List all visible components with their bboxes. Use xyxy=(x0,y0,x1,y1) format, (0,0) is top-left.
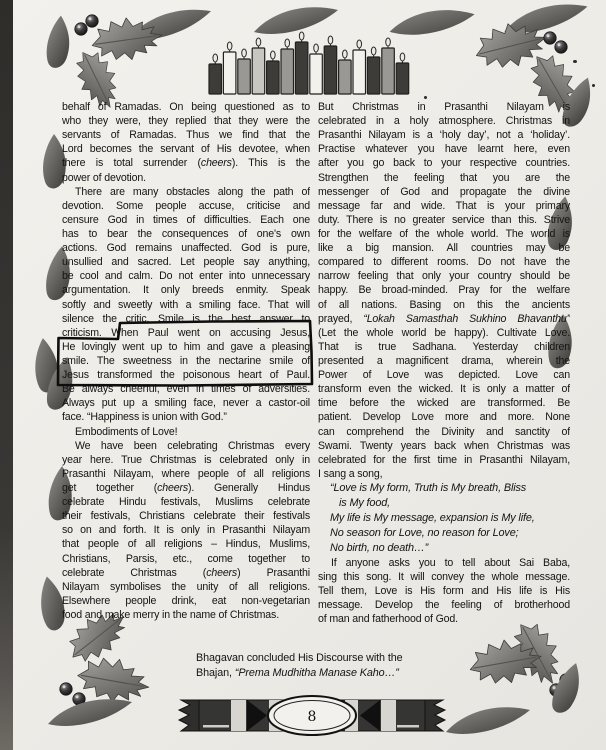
text-line: My life is My message, expansion is My l… xyxy=(318,511,570,526)
text-line: Power of Love was depicted. Love can xyxy=(318,368,570,382)
flame-icon xyxy=(227,42,232,50)
text-line: food and make merry in the name of Chris… xyxy=(62,608,310,622)
text-line: narrow feeling that only your country sh… xyxy=(318,269,570,283)
text-line: But Christmas in Prasanthi Nilayam is xyxy=(318,100,570,114)
candle-icon xyxy=(353,50,366,94)
text-line: behalf of Ramadas. On being questioned a… xyxy=(62,100,310,114)
berry-icon xyxy=(75,23,87,35)
flame-icon xyxy=(328,36,333,44)
text-line: after you go back to your respective cou… xyxy=(318,156,570,170)
candle-icon xyxy=(223,52,236,94)
text-line: If anyone asks you to tell about Sai Bab… xyxy=(318,556,570,570)
text-line: message. Develop the feeling of brotherh… xyxy=(318,598,570,612)
scan-speck xyxy=(424,96,427,99)
text-line: can comprehend the Divinity and sanctity… xyxy=(318,425,570,439)
flame-icon xyxy=(343,50,348,58)
candle-icon xyxy=(382,48,395,94)
text-line: face. “Happiness is union with God.” xyxy=(62,410,310,424)
scanned-document-page: behalf of Ramadas. On being questioned a… xyxy=(0,0,606,750)
scan-edge-strip xyxy=(0,0,13,750)
text-line: argumentation. It only breeds enmity. Sp… xyxy=(62,283,310,297)
text-line: Prasanthi Nilayam is a ‘holy day’, not a… xyxy=(318,128,570,142)
candle-icon xyxy=(396,63,409,94)
text-line: presented a magnificent drama, wherein t… xyxy=(318,354,570,368)
text-line: No birth, no death…” xyxy=(318,541,570,556)
flame-icon xyxy=(299,32,304,40)
text-line: celebrated in a holy atmosphere. Christm… xyxy=(318,114,570,128)
candle-icon xyxy=(238,59,251,94)
leaf-icon xyxy=(45,14,72,69)
berry-icon xyxy=(60,683,72,695)
text-line: year here. True Christmas is celebrated … xyxy=(62,453,310,467)
leaf-icon xyxy=(446,707,530,734)
text-line: of man and fatherhood of God. xyxy=(318,612,570,626)
text-line: softly and sweetly with a smiling face. … xyxy=(62,298,310,312)
text-line: of all nations. Basing on this the ancie… xyxy=(318,298,570,312)
text-line: sing this song. It will convey the whole… xyxy=(318,570,570,584)
text-line: devotion. Some people accuse, criticise … xyxy=(62,199,310,213)
flame-icon xyxy=(242,49,247,57)
text-line: censure God in times of difficulties. Ea… xyxy=(62,213,310,227)
right-text-column: But Christmas in Prasanthi Nilayam iscel… xyxy=(318,100,570,627)
text-line: Christians, Parsis, etc., come together … xyxy=(62,552,310,566)
text-line: Always put up a smiling face, never a ca… xyxy=(62,396,310,410)
text-line: celebrated for the first time in Prasant… xyxy=(318,453,570,467)
candle-icon xyxy=(339,60,352,94)
conclusion-line: Bhagavan concluded His Discourse with th… xyxy=(196,651,456,666)
text-line: so on and forth. It is only in Prasanthi… xyxy=(62,523,310,537)
text-line: (Let the whole world be happy). Cultivat… xyxy=(318,326,570,340)
text-line: unsullied and sacred. Let people say any… xyxy=(62,255,310,269)
text-line: prayed, “Lokah Samasthah Sukhino Bhavant… xyxy=(318,312,570,326)
text-line: We have been celebrating Christmas every xyxy=(62,439,310,453)
holly-leaf-icon xyxy=(89,13,164,64)
text-line: Strengthen the feeling that you are the xyxy=(318,171,570,185)
candle-icon xyxy=(281,49,294,94)
text-line: message far and wide. That is your prima… xyxy=(318,199,570,213)
conclusion-text: Bhagavan concluded His Discourse with th… xyxy=(196,651,456,682)
cracker-band xyxy=(381,700,396,731)
conclusion-line: Bhajan, “Prema Mudhitha Manase Kaho…” xyxy=(196,666,456,681)
leaf-icon xyxy=(48,699,132,726)
text-line: servants of Ramadas. Thus we find that t… xyxy=(62,128,310,142)
berry-icon xyxy=(86,15,98,27)
candle-icon xyxy=(324,46,337,94)
flame-icon xyxy=(271,51,276,59)
text-line: Nilayam symbolises the unity of all reli… xyxy=(62,580,310,594)
text-line: their festivals, Christians celebrate th… xyxy=(62,509,310,523)
text-line: Elsewhere people drink, eat non-vegetari… xyxy=(62,594,310,608)
candle-icon xyxy=(367,57,380,94)
scan-speck xyxy=(592,84,595,87)
text-line: time before the wicked are transformed. … xyxy=(318,396,570,410)
candle-icon xyxy=(267,61,280,94)
text-line: patient. Develop Love more and more. Non… xyxy=(318,410,570,424)
flame-icon xyxy=(256,38,261,46)
text-line: Practise whatever you have learnt here, … xyxy=(318,142,570,156)
text-line: “Love is My form, Truth is My breath, Bl… xyxy=(318,481,570,496)
candle-icon xyxy=(310,54,323,94)
text-line: celebrate Christmas (cheers) Prasanthi xyxy=(62,566,310,580)
text-line: like a big mansion. All countries may be xyxy=(318,241,570,255)
christmas-candles xyxy=(206,30,412,98)
text-line: happy. Be broad-minded. Pray for the wel… xyxy=(318,283,570,297)
text-line: compared to different rooms. Do not have… xyxy=(318,255,570,269)
berry-icon xyxy=(544,32,556,44)
cracker-stripe xyxy=(203,725,229,728)
text-line: power of devotion. xyxy=(62,171,310,185)
text-line: There are many obstacles along the path … xyxy=(62,185,310,199)
text-line: has to bear the consequences of one's ow… xyxy=(62,227,310,241)
text-line: be cool and calm. Do not enter into unne… xyxy=(62,269,310,283)
text-line: messenger of God and propagate the divin… xyxy=(318,185,570,199)
flame-icon xyxy=(314,44,319,52)
text-line: for the welfare of the whole world. The … xyxy=(318,227,570,241)
cracker-band xyxy=(231,700,246,731)
text-line: I sang a song, xyxy=(318,467,570,481)
flame-icon xyxy=(285,39,290,47)
pen-box-annotation xyxy=(52,316,322,394)
text-line: transform even the wicked. It is only a … xyxy=(318,382,570,396)
candle-icon xyxy=(252,48,265,94)
text-line: No season for Love, no reason for Love; xyxy=(318,526,570,541)
flame-icon xyxy=(357,40,362,48)
text-line: Tell them, Love is His form and His life… xyxy=(318,584,570,598)
text-line: That is true Sadhana. Yesterday children xyxy=(318,340,570,354)
text-line: Prasanthi Nilayam, where people of all r… xyxy=(62,467,310,481)
cracker-stripe xyxy=(397,725,419,728)
text-line: that people of all religions – Hindus, M… xyxy=(62,537,310,551)
flame-icon xyxy=(386,38,391,46)
holly-cluster-top-left xyxy=(36,0,186,110)
text-line: Lord becomes the servant of His devotee,… xyxy=(62,142,310,156)
berry-icon xyxy=(555,41,567,53)
flame-icon xyxy=(213,54,218,62)
holly-cluster-bottom-right xyxy=(434,614,604,734)
page-number: 8 xyxy=(308,709,317,725)
text-line: celebrate Hindu festivals, Muslims celeb… xyxy=(62,495,310,509)
flame-icon xyxy=(400,53,405,61)
christmas-cracker: 8 xyxy=(177,693,447,742)
text-line: actions. God remains unaffected. God is … xyxy=(62,241,310,255)
text-line: is My food, xyxy=(318,496,570,511)
text-line: get together (cheers). Generally Hindus xyxy=(62,481,310,495)
text-line: Embodiments of Love! xyxy=(62,425,310,439)
flame-icon xyxy=(371,47,376,55)
text-line: there is total surrender (cheers). This … xyxy=(62,156,310,170)
text-line: duty. There is no greater service than t… xyxy=(318,213,570,227)
candle-icon xyxy=(295,42,308,94)
text-line: Swami. Twenty years back when Christmas … xyxy=(318,439,570,453)
candle-icon xyxy=(209,64,222,94)
text-line: who they were, they replied that they we… xyxy=(62,114,310,128)
scan-speck xyxy=(573,60,577,63)
